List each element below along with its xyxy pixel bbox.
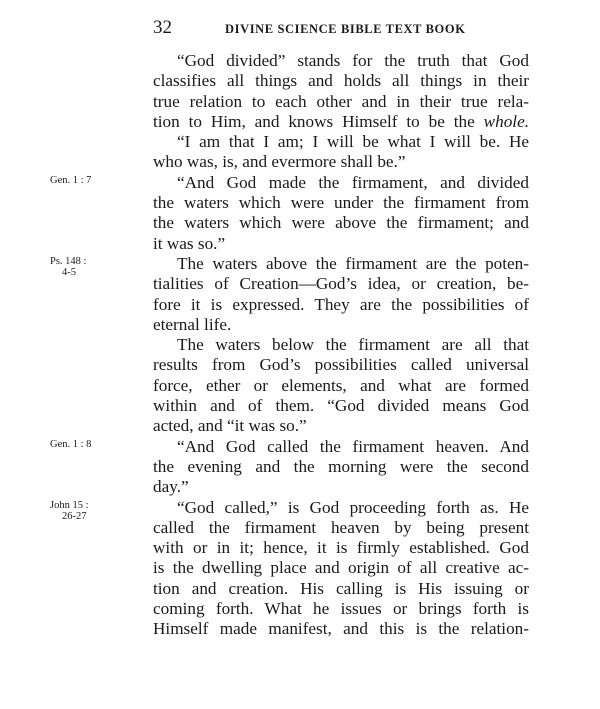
text-line: The waters below the firmament are all t… (153, 335, 529, 355)
book-page: 32 DIVINE SCIENCE BIBLE TEXT BOOK Gen. 1… (0, 0, 600, 709)
text-line: acted, and “it was so.” (153, 416, 529, 436)
paragraph-waters-below: The waters below the firmament are all t… (153, 335, 529, 436)
page-number: 32 (153, 17, 172, 39)
emphasis-whole: whole. (484, 112, 529, 131)
margin-note-ps-148: Ps. 148 : 4-5 (50, 256, 140, 278)
text-line: force, ether or elements, and what are f… (153, 376, 529, 396)
body-text: “God divided” stands for the truth that … (153, 51, 529, 640)
text-line: true relation to each other and in their… (153, 92, 529, 112)
paragraph-i-am: “I am that I am; I will be what I will b… (153, 132, 529, 173)
text-line: who was, is, and evermore shall be.” (153, 152, 529, 172)
margin-ref: Gen. 1 : 7 (50, 175, 140, 186)
margin-note-gen-1-7: Gen. 1 : 7 (50, 175, 140, 186)
text-line: within and of them. “God divided means G… (153, 396, 529, 416)
book-title: DIVINE SCIENCE BIBLE TEXT BOOK (225, 20, 466, 38)
text-line: The waters above the firmament are the p… (153, 254, 529, 274)
text-line: the waters which were under the firmamen… (153, 193, 529, 213)
margin-note-john-15: John 15 : 26-27 (50, 500, 140, 522)
running-head: 32 DIVINE SCIENCE BIBLE TEXT BOOK (153, 17, 529, 39)
text-line: results from God’s possibilities called … (153, 355, 529, 375)
text-line: coming forth. What he issues or brings f… (153, 599, 529, 619)
text-line: the waters which were above the firmamen… (153, 213, 529, 233)
text-line: “I am that I am; I will be what I will b… (153, 132, 529, 152)
text-line: is the dwelling place and origin of all … (153, 558, 529, 578)
margin-ref: Gen. 1 : 8 (50, 439, 140, 450)
text-line: tion to Him, and knows Himself to be the… (153, 112, 529, 132)
text-line: tialities of Creation—God’s idea, or cre… (153, 274, 529, 294)
margin-ref: Ps. 148 : (50, 256, 140, 267)
text-line: Himself made manifest, and this is the r… (153, 619, 529, 639)
text-line: day.” (153, 477, 529, 497)
text-line: classifies all things and holds all thin… (153, 71, 529, 91)
margin-ref: John 15 : (50, 500, 140, 511)
text-line-lead: tion to Him, and knows Himself to be the (153, 112, 475, 131)
text-line: fore it is expressed. They are the possi… (153, 295, 529, 315)
paragraph-god-called: “God called,” is God proceeding forth as… (153, 498, 529, 640)
text-line: “God called,” is God proceeding forth as… (153, 498, 529, 518)
margin-ref-verses: 4-5 (50, 267, 140, 278)
margin-ref-verses: 26-27 (50, 511, 140, 522)
text-line: eternal life. (153, 315, 529, 335)
paragraph-waters-above: The waters above the firmament are the p… (153, 254, 529, 335)
text-line: with or in it; hence, it is firmly estab… (153, 538, 529, 558)
margin-note-gen-1-8: Gen. 1 : 8 (50, 439, 140, 450)
text-line: “And God called the firmament heaven. An… (153, 437, 529, 457)
text-line: “God divided” stands for the truth that … (153, 51, 529, 71)
text-line: tion and creation. His calling is His is… (153, 579, 529, 599)
text-line: called the firmament heaven by being pre… (153, 518, 529, 538)
paragraph-god-divided: “God divided” stands for the truth that … (153, 51, 529, 132)
paragraph-firmament-quote: “And God made the firmament, and divided… (153, 173, 529, 254)
text-line: the evening and the morning were the sec… (153, 457, 529, 477)
text-line: “And God made the firmament, and divided (153, 173, 529, 193)
paragraph-firmament-heaven: “And God called the firmament heaven. An… (153, 437, 529, 498)
text-line: it was so.” (153, 234, 529, 254)
